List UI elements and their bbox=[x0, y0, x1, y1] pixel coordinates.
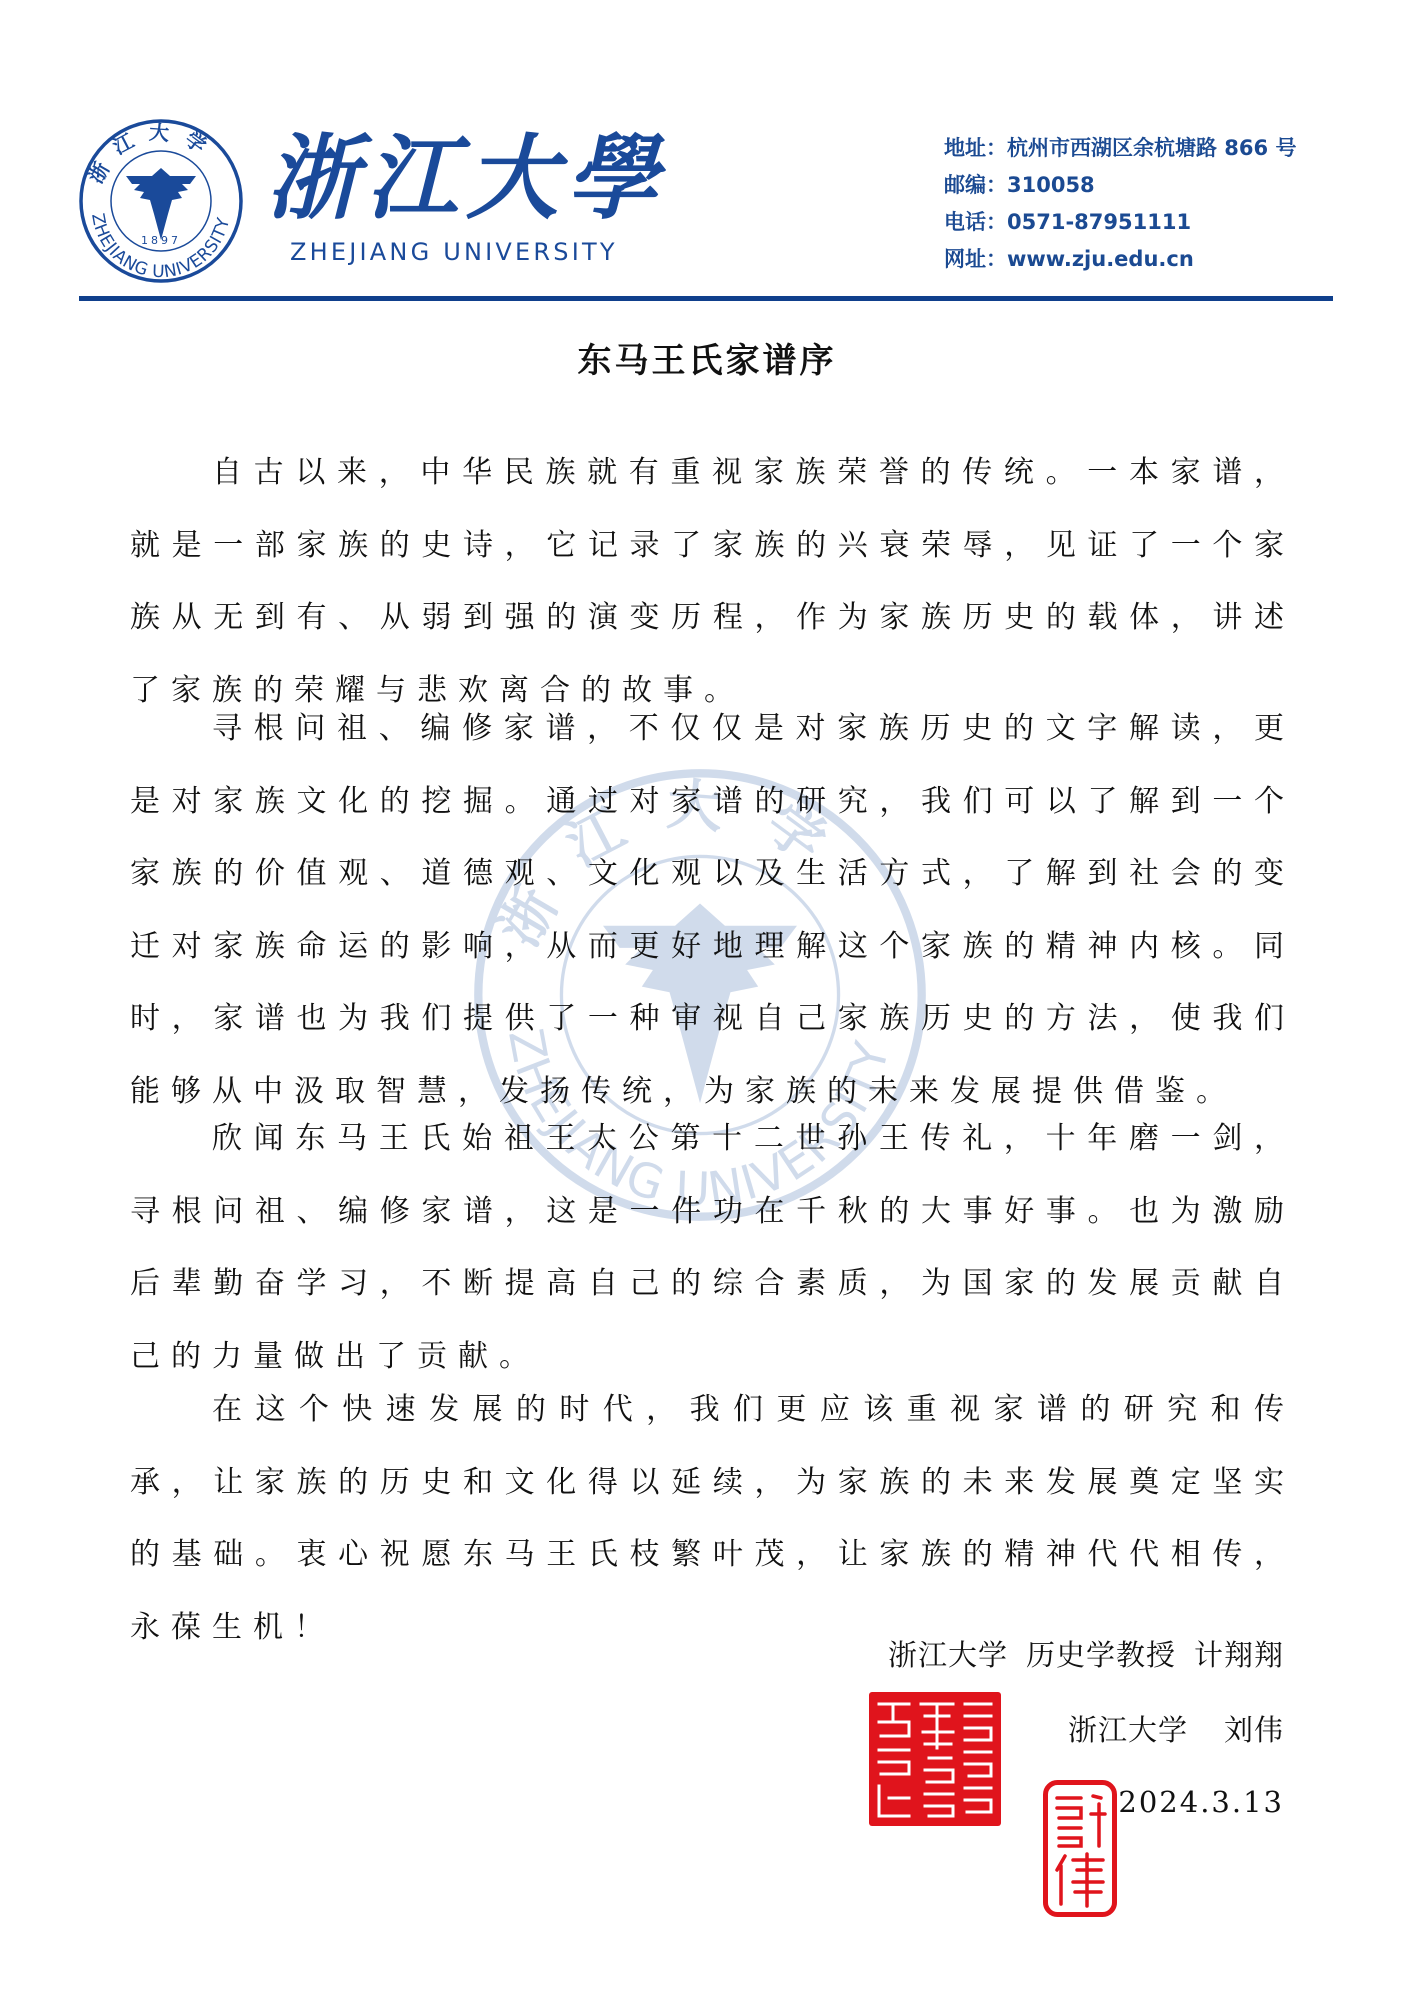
signature-name: 计翔翔 bbox=[1194, 1638, 1284, 1672]
signature-1: 浙江大学历史学教授计翔翔 bbox=[888, 1633, 1284, 1674]
university-name-calligraphy: 浙江大學 bbox=[266, 122, 666, 230]
contact-label: 网址： bbox=[944, 247, 1007, 271]
signature-title: 历史学教授 bbox=[1026, 1638, 1176, 1672]
paragraph-1: 自古以来，中华民族就有重视家族荣誉的传统。一本家谱，就是一部家族的史诗，它记录了… bbox=[130, 437, 1295, 727]
svg-text:1897: 1897 bbox=[141, 234, 181, 247]
contact-value: 310058 bbox=[1007, 173, 1095, 197]
university-name-english: ZHEJIANG UNIVERSITY bbox=[290, 238, 618, 266]
paragraph-4: 在这个快速发展的时代，我们更应该重视家谱的研究和传承，让家族的历史和文化得以延续… bbox=[130, 1374, 1295, 1664]
contact-value: 杭州市西湖区余杭塘路 866 号 bbox=[1007, 136, 1296, 160]
contact-phone: 电话：0571-87951111 bbox=[944, 204, 1296, 241]
signature-org: 浙江大学 bbox=[888, 1638, 1008, 1672]
signature-2: 浙江大学刘伟 bbox=[1068, 1708, 1284, 1749]
contact-postcode: 邮编：310058 bbox=[944, 167, 1296, 204]
contact-address: 地址：杭州市西湖区余杭塘路 866 号 bbox=[944, 130, 1296, 167]
signature-name: 刘伟 bbox=[1224, 1713, 1284, 1747]
paragraph-2: 寻根问祖、编修家谱，不仅仅是对家族历史的文字解读，更是对家族文化的挖掘。通过对家… bbox=[130, 693, 1295, 1128]
contact-value: www.zju.edu.cn bbox=[1007, 247, 1194, 271]
contact-website: 网址：www.zju.edu.cn bbox=[944, 241, 1296, 278]
document-title: 东马王氏家谱序 bbox=[0, 333, 1414, 382]
contact-value: 0571-87951111 bbox=[1007, 210, 1191, 234]
university-seal-logo: 浙江大学 ZHEJIANG UNIVERSITY 1897 bbox=[78, 118, 244, 284]
svg-text:浙江大學: 浙江大學 bbox=[266, 124, 666, 230]
document-date: 2024.3.13 bbox=[1118, 1785, 1284, 1819]
header-divider bbox=[79, 296, 1333, 301]
contact-label: 地址： bbox=[944, 136, 1007, 160]
contact-block: 地址：杭州市西湖区余杭塘路 866 号 邮编：310058 电话：0571-87… bbox=[944, 130, 1296, 278]
signature-org: 浙江大学 bbox=[1068, 1713, 1188, 1747]
seal-stamp-square bbox=[869, 1692, 1001, 1826]
seal-stamp-rect bbox=[1043, 1780, 1117, 1917]
contact-label: 电话： bbox=[944, 210, 1007, 234]
contact-label: 邮编： bbox=[944, 173, 1007, 197]
paragraph-3: 欣闻东马王氏始祖王太公第十二世孙王传礼，十年磨一剑，寻根问祖、编修家谱，这是一件… bbox=[130, 1103, 1295, 1393]
